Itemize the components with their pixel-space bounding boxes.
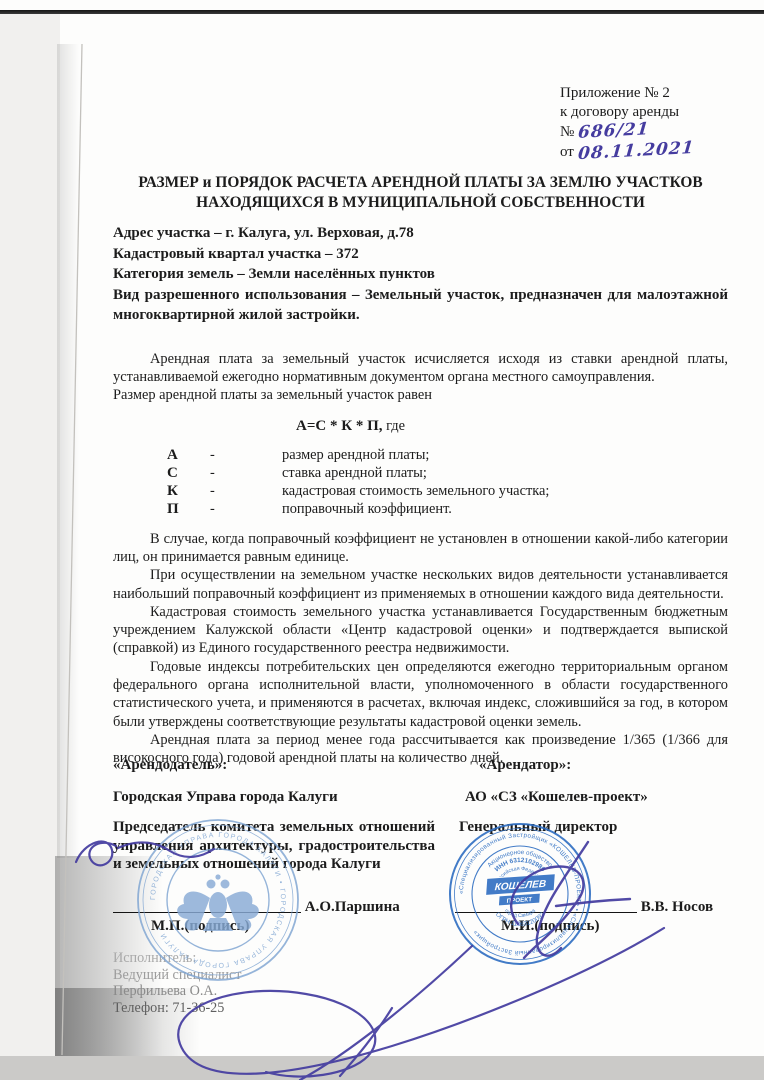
document-title: РАЗМЕР и ПОРЯДОК РАСЧЕТА АРЕНДНОЙ ПЛАТЫ … bbox=[113, 173, 728, 213]
definition-text: ставка арендной платы; bbox=[282, 464, 427, 482]
lessee-role-label: «Арендатор»: bbox=[479, 756, 740, 775]
definition-row-a: А - размер арендной платы; bbox=[113, 446, 728, 464]
rent-formula: А=С * К * П, где bbox=[113, 417, 728, 435]
lessee-stamp-country: Российская Федерация bbox=[494, 866, 546, 886]
definition-dash: - bbox=[210, 446, 282, 464]
executor-phone: Телефон: 71-36-25 bbox=[113, 1000, 435, 1017]
definition-dash: - bbox=[210, 500, 282, 518]
page-edge-shadow-top bbox=[57, 44, 79, 858]
plot-details: Адрес участка – г. Калуга, ул. Верховая,… bbox=[113, 223, 728, 326]
definition-text: кадастровая стоимость земельного участка… bbox=[282, 482, 549, 500]
appendix-header: Приложение № 2 к договору аренды № 686/2… bbox=[560, 84, 728, 162]
paragraph-multiple-activities: При осуществлении на земельном участке н… bbox=[113, 566, 728, 603]
paragraph-price-indexes: Годовые индексы потребительских цен опре… bbox=[113, 658, 728, 731]
rent-formula-expression: А=С * К * П, bbox=[296, 418, 383, 434]
definition-row-p: П - поправочный коэффициент. bbox=[113, 500, 728, 518]
scanner-left-margin bbox=[0, 14, 60, 1060]
lessee-round-stamp: «Специализированный Застройщик «КОШЕЛЕВ-… bbox=[450, 824, 590, 964]
definition-symbol: С bbox=[167, 464, 210, 482]
executor-block: Исполнитель: Ведущий специалист Перфилье… bbox=[113, 950, 435, 1016]
lessor-organization: Городская Управа города Калуги bbox=[113, 788, 435, 807]
definition-dash: - bbox=[210, 482, 282, 500]
paragraph-rent-equals: Размер арендной платы за земельный участ… bbox=[113, 386, 728, 404]
definition-row-k: К - кадастровая стоимость земельного уча… bbox=[113, 482, 728, 500]
executor-name: Перфильева О.А. bbox=[113, 983, 435, 1000]
appendix-number: Приложение № 2 bbox=[560, 84, 728, 103]
contract-number-line: № 686/21 bbox=[560, 122, 728, 142]
contract-number-label: № bbox=[560, 124, 574, 140]
paragraph-rent-basis: Арендная плата за земельный участок исчи… bbox=[113, 350, 728, 387]
lessee-seal-note: М.И.(подпись) bbox=[501, 917, 740, 936]
executor-position: Ведущий специалист bbox=[113, 967, 435, 984]
lessor-position: Председатель комитета земельных отношени… bbox=[113, 818, 435, 874]
svg-text:«Специализированный Застройщик: «Специализированный Застройщик «КОШЕЛЕВ-… bbox=[458, 832, 582, 957]
lessee-stamp-inn: ИНН 6312102986 bbox=[494, 857, 547, 874]
document-title-line1: РАЗМЕР и ПОРЯДОК РАСЧЕТА АРЕНДНОЙ ПЛАТЫ … bbox=[113, 173, 728, 193]
lessee-signature-line bbox=[455, 898, 637, 913]
svg-text:Акционерное общество: Акционерное общество bbox=[486, 849, 554, 869]
scan-top-edge-line bbox=[0, 10, 764, 14]
lessor-signature-line bbox=[113, 898, 301, 913]
definition-symbol: А bbox=[167, 446, 210, 464]
plot-permitted-use: Вид разрешенного использования – Земельн… bbox=[113, 285, 728, 326]
paragraph-cadastral-value: Кадастровая стоимость земельного участка… bbox=[113, 603, 728, 658]
definition-row-c: С - ставка арендной платы; bbox=[113, 464, 728, 482]
paragraph-coefficient-default: В случае, когда поправочный коэффициент … bbox=[113, 530, 728, 567]
scan-bottom-edge bbox=[0, 1056, 764, 1080]
definition-symbol: К bbox=[167, 482, 210, 500]
plot-address: Адрес участка – г. Калуга, ул. Верховая,… bbox=[113, 223, 728, 244]
koshelev-logo-top-text: КОШЕЛЕВ bbox=[494, 879, 546, 893]
contract-date-handwritten: 08.11.2021 bbox=[577, 139, 695, 164]
definition-symbol: П bbox=[167, 500, 210, 518]
contract-number-handwritten: 686/21 bbox=[577, 120, 650, 143]
document-title-line2: НАХОДЯЩИХСЯ В МУНИЦИПАЛЬНОЙ СОБСТВЕННОСТ… bbox=[113, 193, 728, 213]
scanned-document-page: Приложение № 2 к договору аренды № 686/2… bbox=[0, 0, 764, 1080]
svg-text:Российская Федерация: Российская Федерация bbox=[494, 866, 546, 886]
definition-text: размер арендной платы; bbox=[282, 446, 429, 464]
executor-label: Исполнитель: bbox=[113, 950, 435, 967]
plot-cadastral-block: Кадастровый квартал участка – 372 bbox=[113, 244, 728, 265]
lessee-organization: АО «СЗ «Кошелев-проект» bbox=[465, 788, 740, 807]
lessor-signature-row: А.О.Паршина bbox=[113, 898, 435, 917]
lessee-signature-row: В.В. Носов bbox=[455, 898, 740, 917]
paragraphs-block: В случае, когда поправочный коэффициент … bbox=[113, 530, 728, 768]
formula-definitions: А - размер арендной платы; С - ставка ар… bbox=[113, 446, 728, 518]
lessor-role-label: «Арендодатель»: bbox=[113, 756, 435, 775]
document-body: Приложение № 2 к договору аренды № 686/2… bbox=[113, 84, 728, 768]
contract-date-line: от 08.11.2021 bbox=[560, 142, 728, 162]
lessee-stamp-ring-text: «Специализированный Застройщик «КОШЕЛЕВ-… bbox=[458, 832, 582, 957]
lessor-seal-note: М.П.(подпись) bbox=[151, 917, 435, 936]
svg-text:ИНН 6312102986: ИНН 6312102986 bbox=[494, 857, 547, 874]
definition-dash: - bbox=[210, 464, 282, 482]
lessor-name: А.О.Паршина bbox=[305, 899, 400, 915]
plot-land-category: Категория земель – Земли населённых пунк… bbox=[113, 264, 728, 285]
rent-formula-where: где bbox=[383, 418, 406, 434]
definition-text: поправочный коэффициент. bbox=[282, 500, 452, 518]
lessee-position: Генеральный директор bbox=[459, 818, 740, 837]
lessee-stamp-society: Акционерное общество bbox=[486, 849, 554, 869]
contract-date-label: от bbox=[560, 144, 574, 160]
lessee-name: В.В. Носов bbox=[641, 899, 713, 915]
